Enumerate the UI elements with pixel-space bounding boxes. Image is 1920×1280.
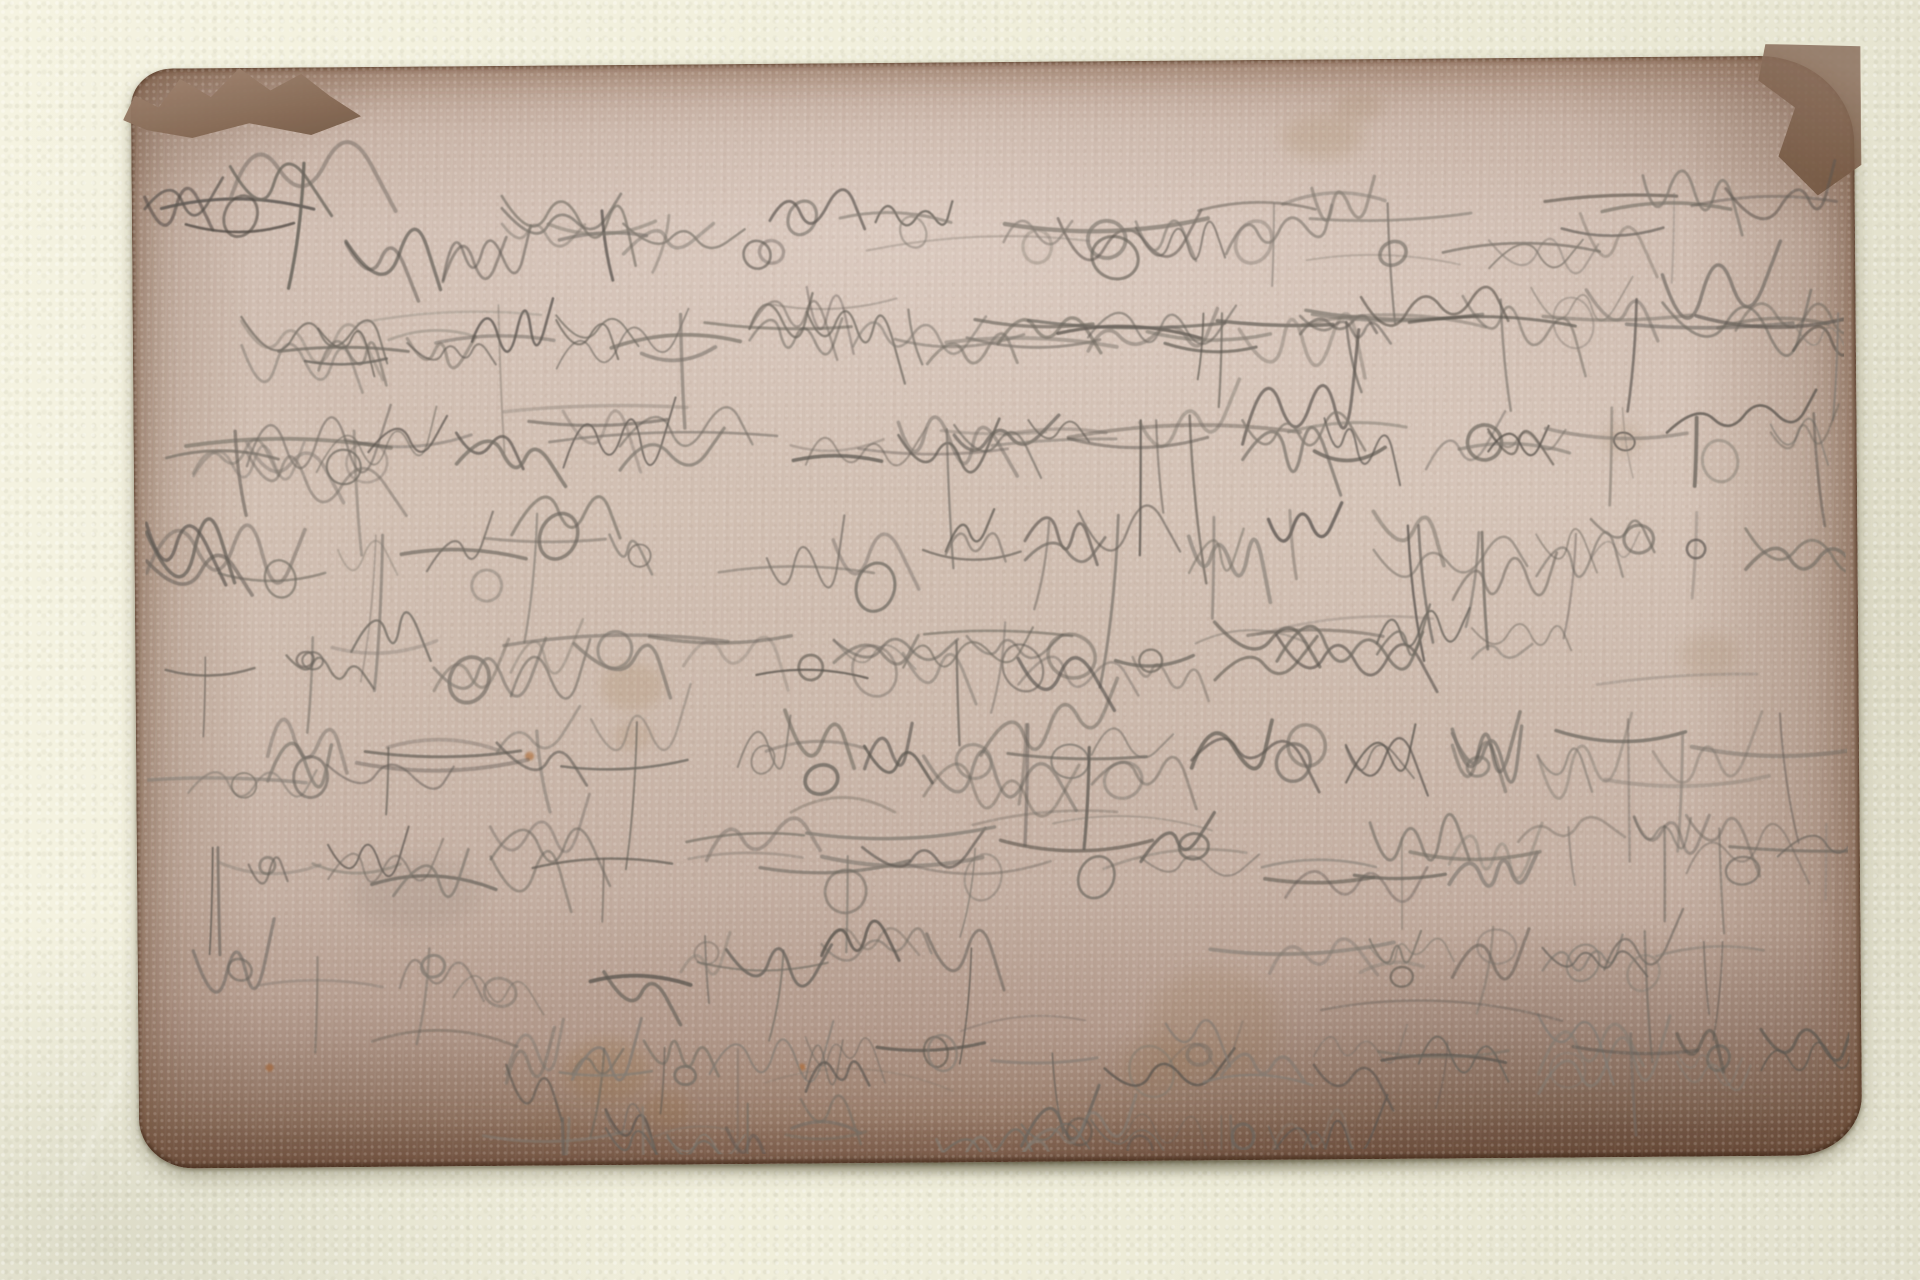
stain xyxy=(613,721,653,751)
stain xyxy=(1678,632,1738,678)
paper-texture xyxy=(131,55,1863,1168)
stain xyxy=(1602,423,1644,455)
stain xyxy=(563,1038,650,1103)
stain xyxy=(799,1064,806,1071)
stain xyxy=(1121,1038,1193,1091)
stain xyxy=(525,752,534,761)
stain xyxy=(266,1064,274,1072)
photo-backdrop xyxy=(0,0,1920,1280)
paper-group xyxy=(0,0,1920,1280)
stain xyxy=(644,1090,690,1126)
stain xyxy=(600,663,664,712)
